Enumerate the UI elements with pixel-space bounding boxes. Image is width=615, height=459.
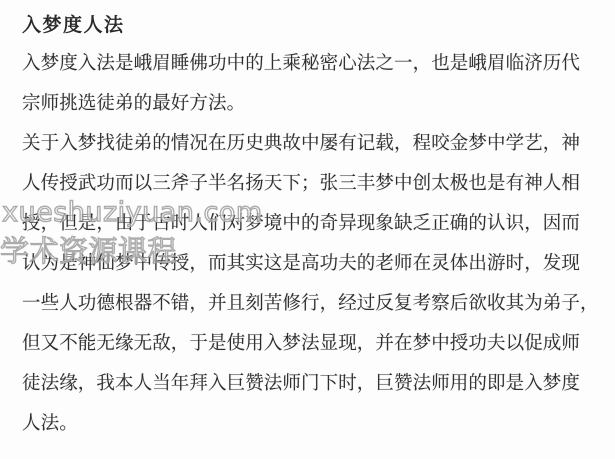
text-line: 但又不能无缘无敌，于是使用入梦法显现，并在梦中授功夫以促成师: [22, 324, 604, 364]
document-title: 入梦度人法: [22, 10, 125, 37]
text-line: 关于入梦找徒弟的情况在历史典故中屡有记载，程咬金梦中学艺，神: [22, 124, 604, 164]
text-line: 宗师挑选徒弟的最好方法。: [22, 84, 604, 124]
text-line: 认为是神仙梦中传授，而其实这是高功夫的老师在灵体出游时，发现: [22, 244, 604, 284]
text-line: 授，但是，由于古时人们对梦境中的奇异现象缺乏正确的认识，因而: [22, 204, 604, 244]
text-line: 人法。: [22, 404, 604, 444]
document-body: 入梦度入法是峨眉睡佛功中的上乘秘密心法之一，也是峨眉临济历代 宗师挑选徒弟的最好…: [22, 44, 604, 444]
text-line: 入梦度入法是峨眉睡佛功中的上乘秘密心法之一，也是峨眉临济历代: [22, 44, 604, 84]
document-page: 入梦度人法 入梦度入法是峨眉睡佛功中的上乘秘密心法之一，也是峨眉临济历代 宗师挑…: [0, 0, 615, 459]
text-line: 一些人功德根器不错，并且刻苦修行，经过反复考察后欲收其为弟子，: [22, 284, 604, 324]
text-line: 徒法缘，我本人当年拜入巨赞法师门下时，巨赞法师用的即是入梦度: [22, 364, 604, 404]
text-line: 人传授武功而以三斧子半名扬天下；张三丰梦中创太极也是有神人相: [22, 164, 604, 204]
